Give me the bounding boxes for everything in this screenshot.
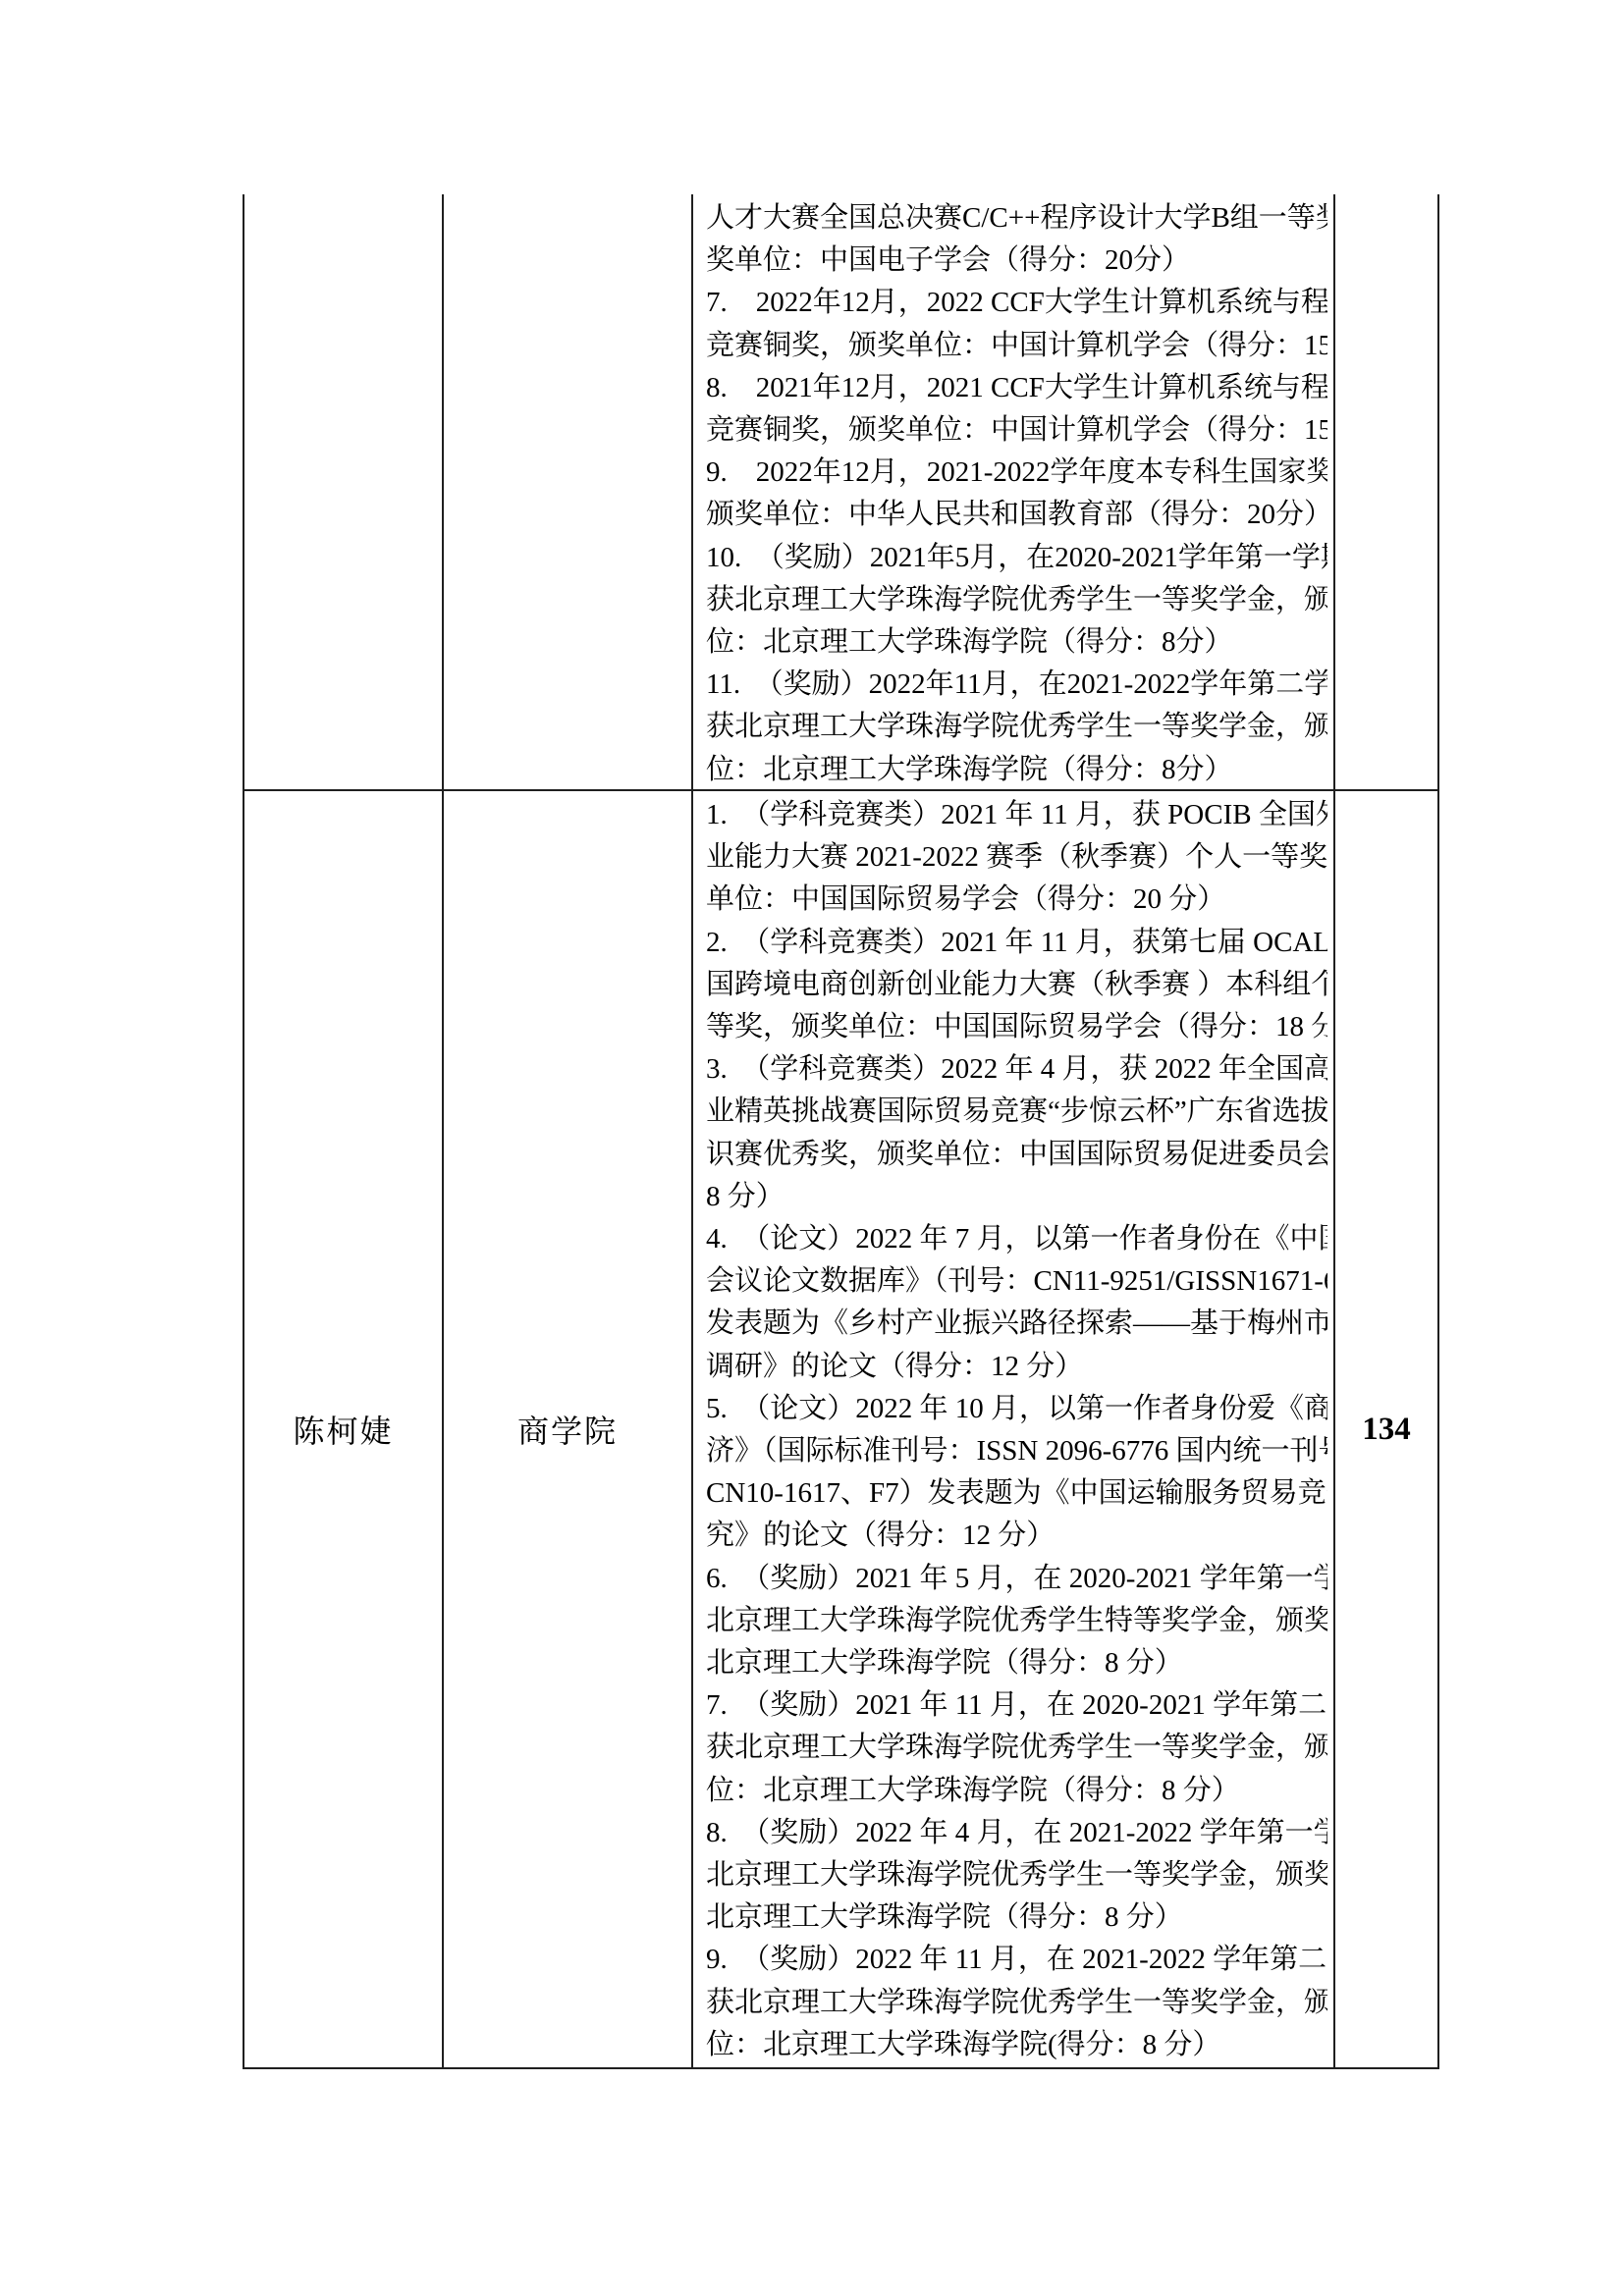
award-line: 竞赛铜奖，颁奖单位：中国计算机学会（得分：15分） [706,325,1327,367]
college-name: 商学院 [517,1407,618,1452]
award-line: 位：北京理工大学珠海学院(得分：8 分） [706,2024,1327,2066]
award-line: 3. （学科竞赛类）2022 年 4 月，获 2022 年全国高校商 [706,1048,1327,1091]
award-line: 4. （论文）2022 年 7 月，以第一作者身份在《中国重要 [706,1218,1327,1260]
award-line: 业精英挑战赛国际贸易竞赛“步惊云杯”广东省选拔赛知 [706,1091,1327,1133]
score-cell: 134 [1335,791,1437,2067]
award-line: 国跨境电商创新创业能力大赛（秋季赛 ）本科组个人二 [706,964,1327,1006]
award-line: 业能力大赛 2021-2022 赛季（秋季赛）个人一等奖，颁奖 [706,836,1327,879]
awards-cell: 1. （学科竞赛类）2021 年 11 月，获 POCIB 全国外贸从业能力大赛… [693,791,1335,2067]
award-line: 8 分） [706,1176,1327,1218]
award-line: 位：北京理工大学珠海学院（得分：8分） [706,621,1327,664]
award-line: 1. （学科竞赛类）2021 年 11 月，获 POCIB 全国外贸从 [706,794,1327,836]
award-line: 会议论文数据库》（刊号：CN11-9251/GISSN1671-6787) [706,1260,1327,1303]
student-name: 陈柯婕 [293,1407,393,1452]
award-line: 10. （奖励）2021年5月，在2020-2021学年第一学期中荣 [706,537,1327,579]
award-line: 竞赛铜奖，颁奖单位：中国计算机学会（得分：15分） [706,409,1327,452]
award-line: 北京理工大学珠海学院优秀学生特等奖学金，颁奖单位： [706,1600,1327,1642]
total-score: 134 [1362,1412,1411,1448]
name-cell: 陈柯婕 [244,791,444,2067]
award-line: 究》的论文（得分：12 分） [706,1515,1327,1557]
table-row: 陈柯婕 商学院 1. （学科竞赛类）2021 年 11 月，获 POCIB 全国… [244,791,1437,2067]
award-line: 颁奖单位：中华人民共和国教育部（得分：20分） [706,494,1327,536]
award-line: 人才大赛全国总决赛C/C++程序设计大学B组一等奖，颁 [706,197,1327,240]
table-row: 人才大赛全国总决赛C/C++程序设计大学B组一等奖，颁奖单位：中国电子学会（得分… [244,194,1437,791]
award-line: 获北京理工大学珠海学院优秀学生一等奖学金，颁奖单 [706,1727,1327,1769]
awards-table: 人才大赛全国总决赛C/C++程序设计大学B组一等奖，颁奖单位：中国电子学会（得分… [243,194,1439,2069]
award-line: 济》（国际标准刊号：ISSN 2096-6776 国内统一刊号： [706,1430,1327,1472]
award-line: 获北京理工大学珠海学院优秀学生一等奖学金，颁奖单 [706,706,1327,748]
award-line: 位：北京理工大学珠海学院（得分：8 分） [706,1770,1327,1812]
award-line: 获北京理工大学珠海学院优秀学生一等奖学金，颁奖单 [706,579,1327,621]
award-line: 2. （学科竞赛类）2021 年 11 月，获第七届 OCALE 全 [706,922,1327,964]
award-line: 获北京理工大学珠海学院优秀学生一等奖学金，颁奖单 [706,1982,1327,2024]
college-cell: 商学院 [444,791,693,2067]
award-line: 11. （奖励）2022年11月，在2021-2022学年第二学期中荣 [706,664,1327,706]
award-line: 等奖，颁奖单位：中国国际贸易学会（得分：18 分） [706,1006,1327,1048]
award-line: 识赛优秀奖，颁奖单位：中国国际贸易促进委员会（得分： [706,1134,1327,1176]
award-line: 6. （奖励）2021 年 5 月，在 2020-2021 学年第一学期获 [706,1558,1327,1600]
award-line: 调研》的论文（得分：12 分） [706,1346,1327,1388]
award-line: 8. 2021年12月，2021 CCF大学生计算机系统与程序设计 [706,367,1327,409]
document-page: 人才大赛全国总决赛C/C++程序设计大学B组一等奖，颁奖单位：中国电子学会（得分… [0,0,1624,2296]
name-cell [244,194,444,789]
award-line: 北京理工大学珠海学院（得分：8 分） [706,1642,1327,1684]
award-line: 位：北京理工大学珠海学院（得分：8分） [706,749,1327,789]
award-line: 7. （奖励）2021 年 11 月，在 2020-2021 学年第二学期 [706,1684,1327,1727]
award-line: CN10-1617、F7）发表题为《中国运输服务贸易竞争力研 [706,1472,1327,1515]
awards-cell: 人才大赛全国总决赛C/C++程序设计大学B组一等奖，颁奖单位：中国电子学会（得分… [693,194,1335,789]
score-cell [1335,194,1437,789]
award-line: 5. （论文）2022 年 10 月，以第一作者身份爱《商展经 [706,1388,1327,1430]
award-line: 北京理工大学珠海学院优秀学生一等奖学金，颁奖单位： [706,1854,1327,1896]
award-line: 单位：中国国际贸易学会（得分：20 分） [706,879,1327,921]
award-line: 发表题为《乡村产业振兴路径探索——基于梅州市平远县 [706,1303,1327,1345]
award-line: 7. 2022年12月，2022 CCF大学生计算机系统与程序设计 [706,282,1327,324]
award-line: 8. （奖励）2022 年 4 月，在 2021-2022 学年第一学期获 [706,1812,1327,1854]
award-line: 9. 2022年12月，2021-2022学年度本专科生国家奖学金， [706,452,1327,494]
award-line: 9. （奖励）2022 年 11 月，在 2021-2022 学年第二学期 [706,1939,1327,1981]
award-line: 北京理工大学珠海学院（得分：8 分） [706,1896,1327,1939]
college-cell [444,194,693,789]
award-line: 奖单位：中国电子学会（得分：20分） [706,240,1327,282]
